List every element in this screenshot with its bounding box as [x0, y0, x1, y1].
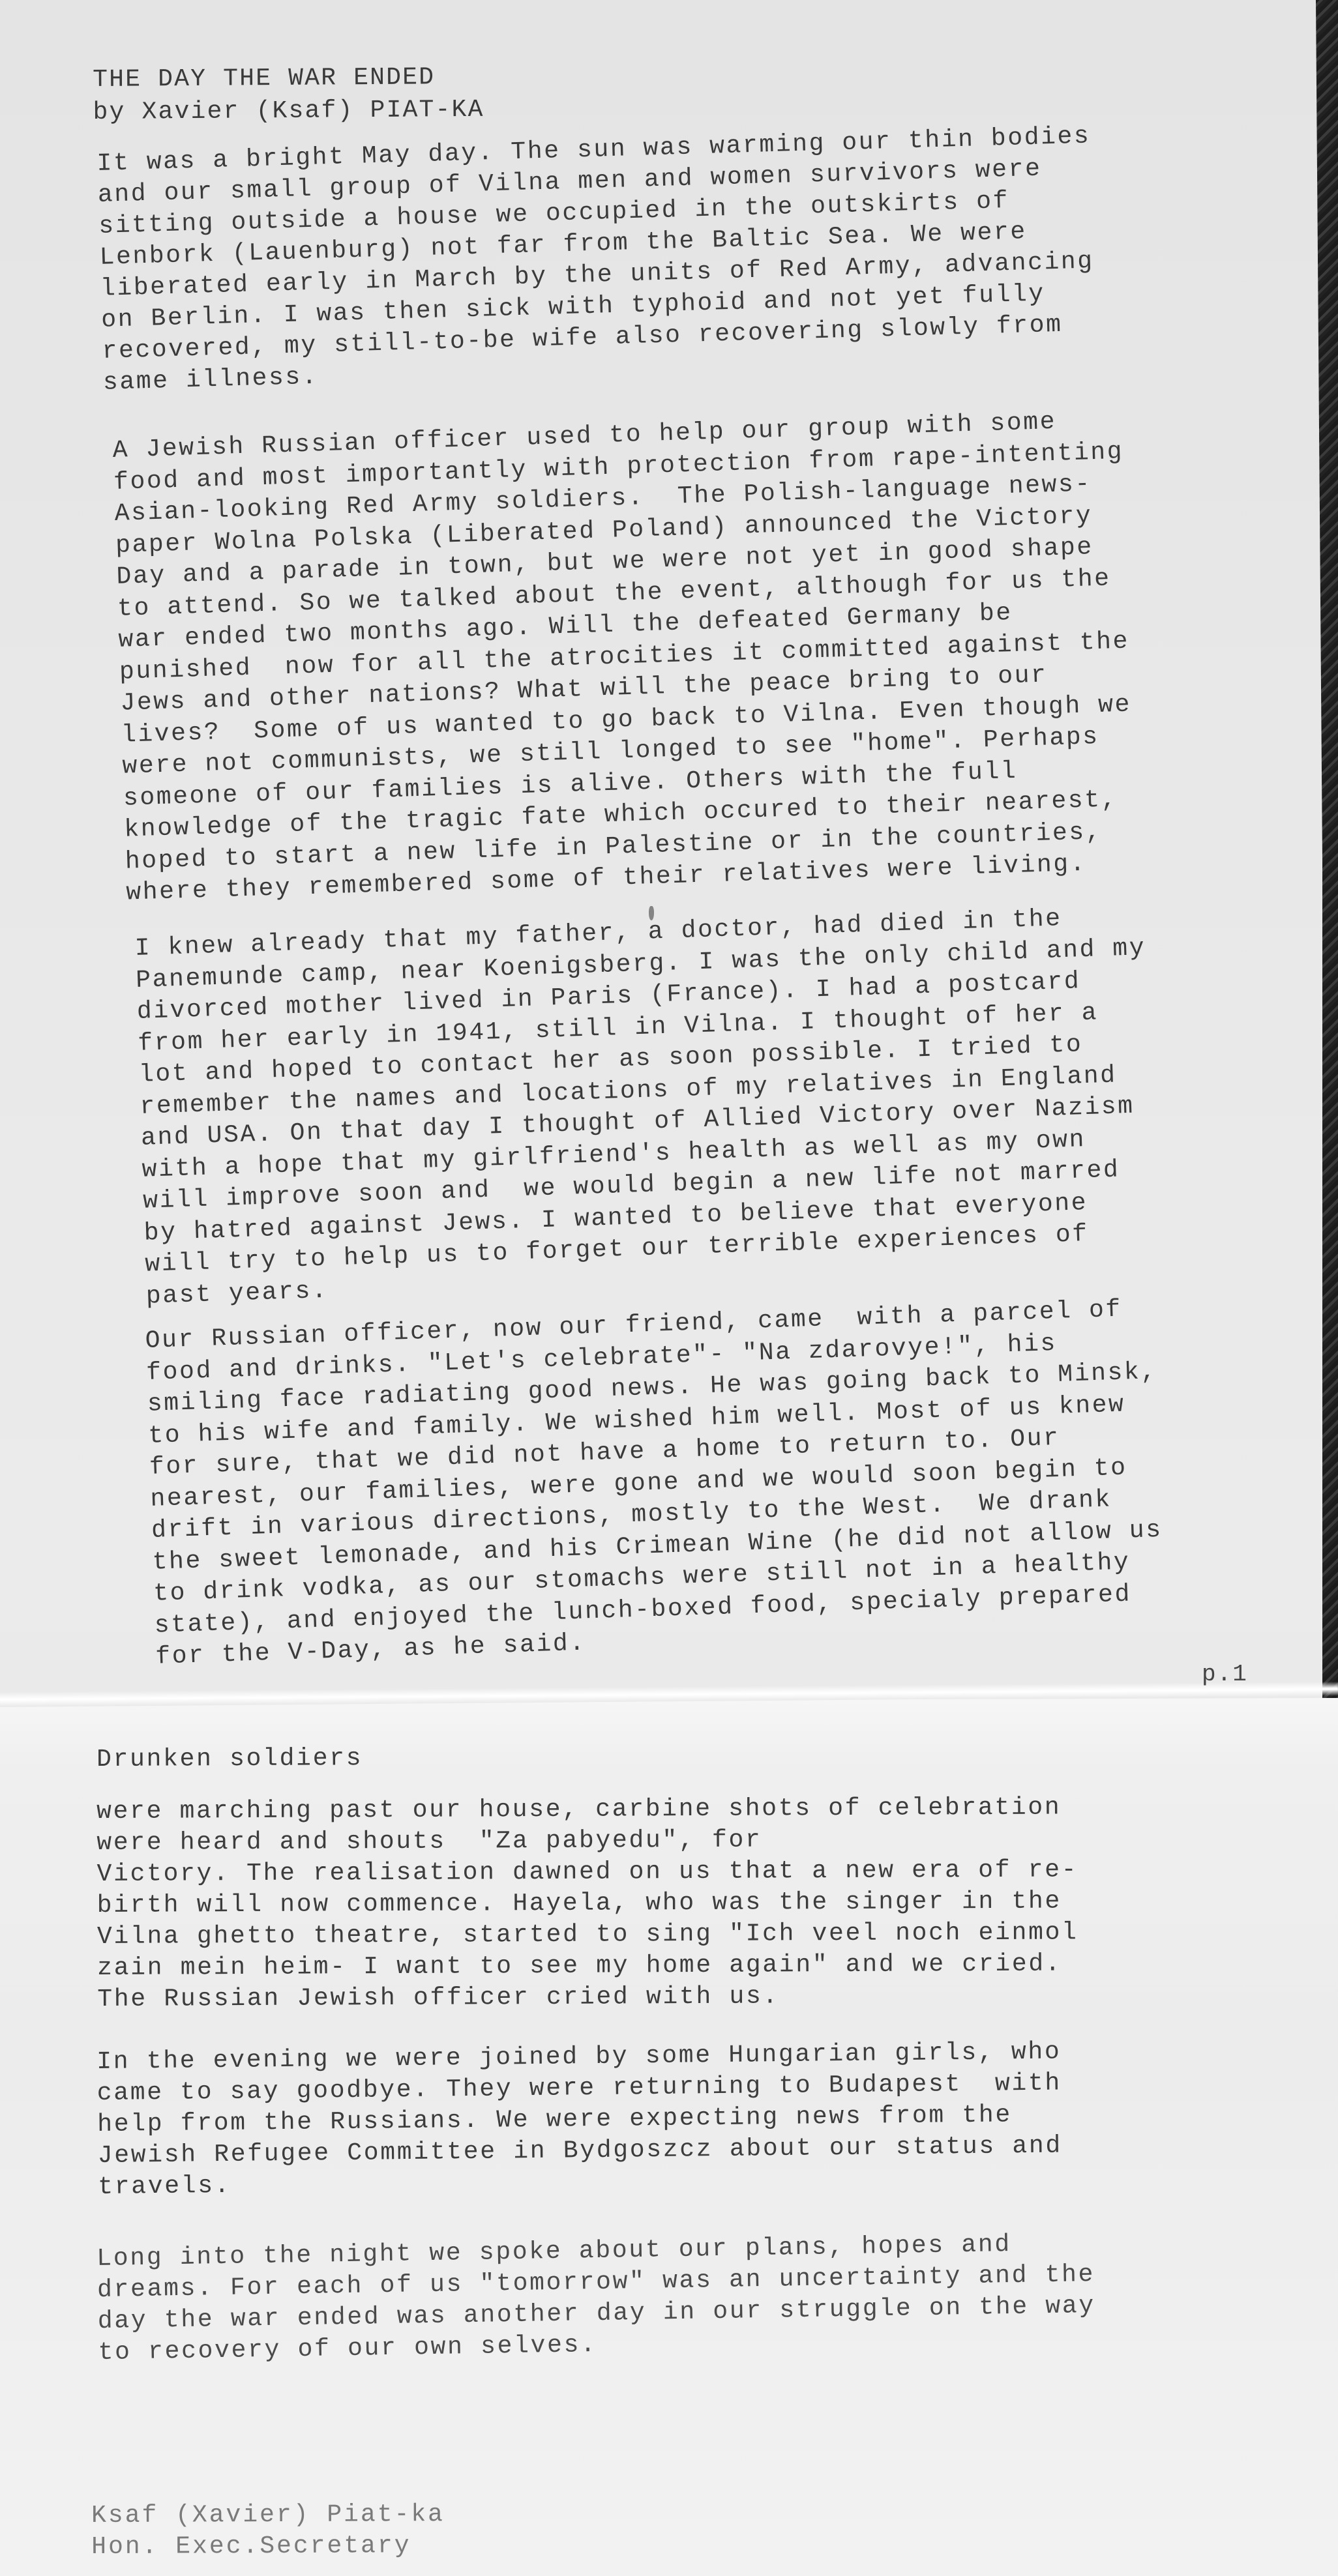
document-byline: by Xavier (Ksaf) PIAT-KA — [93, 94, 484, 129]
paragraph-2: A Jewish Russian officer used to help ou… — [112, 405, 1137, 909]
paragraph-6: In the evening we were joined by some Hu… — [97, 2037, 1063, 2203]
text-line: The Russian Jewish officer cried with us… — [97, 1980, 1078, 2015]
paragraph-3: I knew already that my father, a doctor,… — [134, 901, 1157, 1313]
document-header: THE DAY THE WAR ENDED by Xavier (Ksaf) P… — [93, 61, 484, 129]
paragraph-5: were marching past our house, carbine sh… — [97, 1792, 1078, 2015]
section-heading: Drunken soldiers — [97, 1743, 363, 1776]
page2-heading: Drunken soldiers — [97, 1743, 363, 1776]
paragraph-4: Our Russian officer, now our friend, cam… — [145, 1293, 1166, 1673]
text-line: were marching past our house, carbine sh… — [97, 1792, 1078, 1828]
photo-background: THE DAY THE WAR ENDED by Xavier (Ksaf) P… — [0, 0, 1338, 2576]
text-line: birth will now commence. Hayela, who was… — [97, 1886, 1078, 1922]
text-line: zain mein heim- I want to see my home ag… — [97, 1948, 1078, 1984]
text-line: were heard and shouts "Za pabyedu", for — [97, 1823, 1078, 1859]
paragraph-7: Long into the night we spoke about our p… — [97, 2228, 1096, 2369]
signature-role: Hon. Exec.Secretary — [91, 2530, 445, 2563]
text-line: Vilna ghetto theatre, started to sing "I… — [97, 1917, 1078, 1953]
paragraph-1: It was a bright May day. The sun was war… — [97, 121, 1097, 398]
text-line: Victory. The realisation dawned on us th… — [97, 1854, 1078, 1890]
signature-block: Ksaf (Xavier) Piat-ka Hon. Exec.Secretar… — [91, 2499, 445, 2563]
signature-name: Ksaf (Xavier) Piat-ka — [91, 2499, 445, 2532]
document-title: THE DAY THE WAR ENDED — [93, 61, 484, 96]
page-number: p.1 — [1202, 1661, 1248, 1688]
